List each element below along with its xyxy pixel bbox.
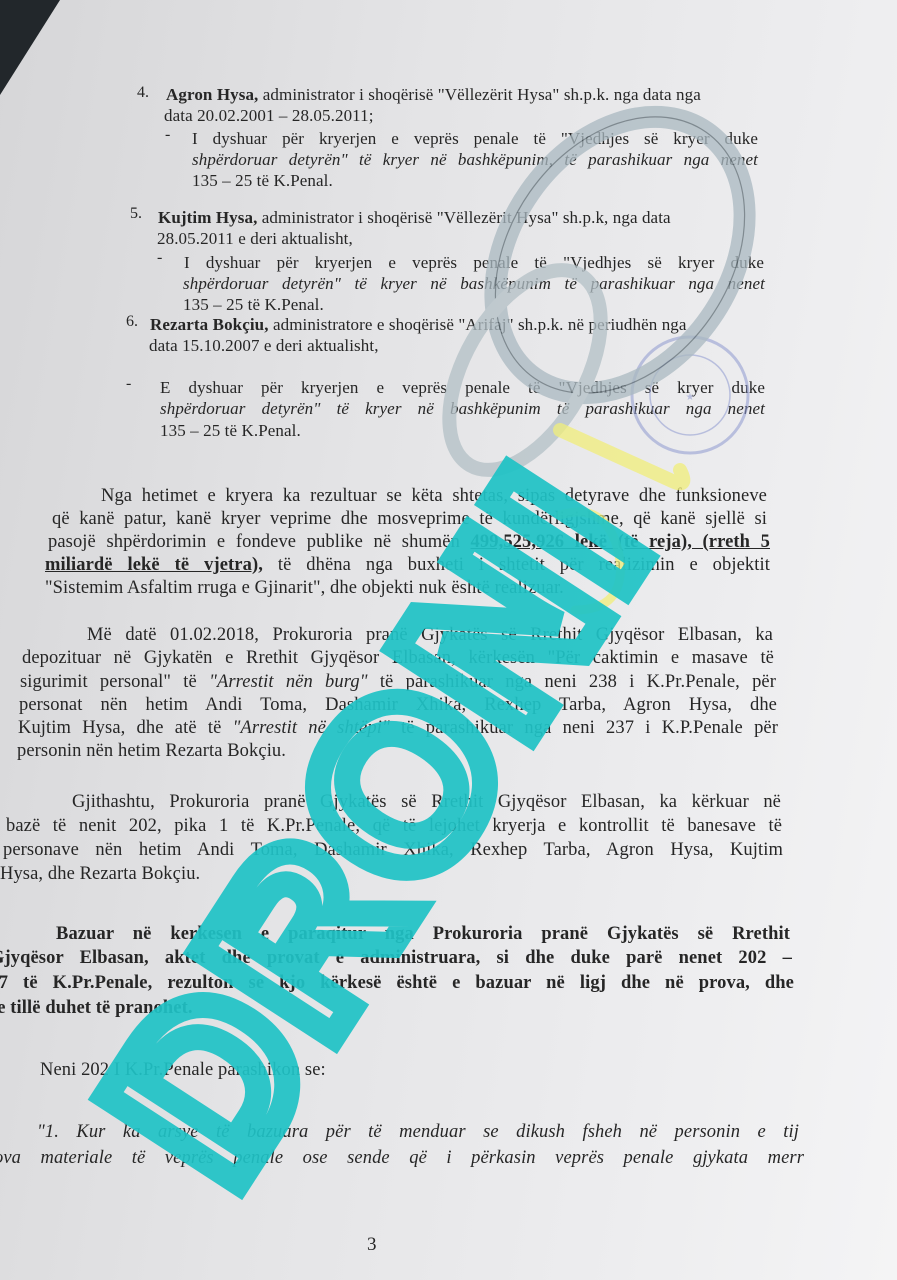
para2-line3: sigurimit personal" të "Arrestit nën bur… [20,670,776,694]
item-4-line1: Agron Hysa, administrator i shoqërisë "V… [166,84,766,105]
para2-line2: depozituar në Gjykatën e Rrethit Gjyqëso… [22,646,774,670]
para3-line2: bazë të nenit 202, pika 1 të K.Pr.Penale… [6,814,782,838]
document-page: 4. Agron Hysa, administrator i shoqërisë… [0,0,897,1280]
quote-line1: "1. Kur ka arsye të bazuara për të mendu… [37,1120,799,1144]
charge-line: 135 – 25 të K.Penal. [160,420,301,441]
item-6-line2: data 15.10.2007 e deri aktualisht, [149,335,379,356]
item-5-line1: Kujtim Hysa, administrator i shoqërisë "… [158,207,764,228]
charge-line: I dyshuar për kryerjen e veprës penale t… [184,252,764,273]
item-number: 6. [126,313,138,331]
item-number: 5. [130,205,142,223]
para1-line2: që kanë patur, kanë kryer veprime dhe mo… [52,507,767,531]
para1-line5: "Sistemim Asfaltim rruga e Gjinarit", dh… [45,576,564,600]
quote-line2: prova materiale të veprës penale ose sen… [0,1146,804,1170]
charge-line: shpërdoruar detyrën" të kryer në bashkëp… [183,273,765,294]
page-number: 3 [367,1234,377,1256]
charge-line: 135 – 25 të K.Penal. [183,294,324,315]
para2-line1: Më datë 01.02.2018, Prokuroria pranë Gjy… [87,623,773,647]
item-number: 4. [137,84,149,102]
person-name: Agron Hysa, [166,85,258,104]
para3-line3: personave nën hetim Andi Toma, Dashamir … [3,838,783,862]
para5: Neni 202 I K.Pr.Penale parashikon se: [40,1058,326,1082]
amount-highlight: miliardë lekë të vjetra), [45,555,263,575]
person-name: Rezarta Bokçiu, [150,315,269,334]
para3-line4: Hysa, dhe Rezarta Bokçiu. [0,862,200,886]
bullet-dash: - [126,375,131,393]
para2-line4: personat nën hetim Andi Toma, Dashamir X… [19,693,777,717]
para2-line6: personin nën hetim Rezarta Bokçiu. [17,739,286,763]
para2-line5: Kujtim Hysa, dhe atë të "Arrestit në sht… [18,716,778,740]
bullet-dash: - [165,126,170,144]
person-name: Kujtim Hysa, [158,208,257,227]
item-6-line1: Rezarta Bokçiu, administratore e shoqëri… [150,314,766,335]
charge-line: E dyshuar për kryerjen e veprës penale t… [160,377,765,398]
item-4-line2: data 20.02.2001 – 28.05.2011; [164,105,374,126]
para1-line4: miliardë lekë të vjetra), të dhëna nga b… [45,553,770,577]
charge-line: 135 – 25 të K.Penal. [192,170,333,191]
para4-line4: si e tillë duhet të pranohet. [0,996,193,1020]
charge-line: shpërdoruar detyrën" të kryer në bashkëp… [192,149,758,170]
bullet-dash: - [157,249,162,267]
para4-line3: 207 të K.Pr.Penale, rezulton se kjo kërk… [0,971,794,995]
para4-line1: Bazuar në kerkesen e paraqitur nga Proku… [56,922,790,946]
para1-line1: Nga hetimet e kryera ka rezultuar se kët… [101,484,767,508]
item-5-line2: 28.05.2011 e deri aktualisht, [157,228,353,249]
para4-line2: Gjyqësor Elbasan, aktet dhe provat e adm… [0,946,792,970]
amount-highlight: 499,525,926 lekë (të reja), (rreth 5 [471,532,770,552]
charge-line: shpërdoruar detyrën" të kryer në bashkëp… [160,398,765,419]
charge-line: I dyshuar për kryerjen e veprës penale t… [192,128,758,149]
para1-line3: pasojë shpërdorimin e fondeve publike në… [48,530,770,554]
para3-line1: Gjithashtu, Prokuroria pranë Gjykatës së… [72,790,781,814]
